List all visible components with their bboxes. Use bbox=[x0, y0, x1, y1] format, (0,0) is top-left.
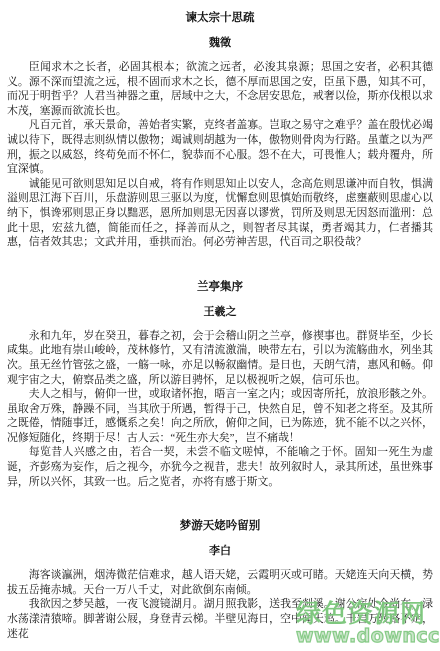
section-lanting-jixu: 兰亭集序 王羲之 永和九年，岁在癸丑，暮春之初，会于会稽山阴之兰亭，修禊事也。群… bbox=[7, 281, 433, 490]
essay-paragraph: 臣闻求木之长者，必固其根本；欲流之远者，必浚其泉源；思国之安者，必积其德义。源不… bbox=[7, 60, 433, 118]
essay-title: 谏太宗十思疏 bbox=[7, 12, 433, 25]
essay-title: 兰亭集序 bbox=[7, 281, 433, 294]
essay-title: 梦游天姥吟留别 bbox=[7, 520, 433, 533]
essay-paragraph: 夫人之相与，俯仰一世，或取诸怀抱，晤言一室之内；或因寄所托，放浪形骸之外。虽取舍… bbox=[7, 387, 433, 445]
essay-paragraph: 凡百元首，承天景命，善始者实繁，克终者盖寡。岂取之易守之难乎？盖在殷忧必竭诚以待… bbox=[7, 118, 433, 176]
section-mengyou-tianmu-yin-liubie: 梦游天姥吟留别 李白 海客谈瀛洲，烟涛微茫信难求，越人语天姥，云霞明灭或可睹。天… bbox=[7, 520, 433, 641]
essay-paragraph: 海客谈瀛洲，烟涛微茫信难求，越人语天姥，云霞明灭或可睹。天姥连天向天横，势拔五岳… bbox=[7, 568, 433, 597]
essay-author: 王羲之 bbox=[7, 306, 433, 319]
document-page: 谏太宗十思疏 魏徵 臣闻求木之长者，必固其根本；欲流之远者，必浚其泉源；思国之安… bbox=[0, 0, 440, 641]
essay-author: 魏徵 bbox=[7, 37, 433, 50]
essay-paragraph: 我欲因之梦吴越，一夜飞渡镜湖月。湖月照我影，送我至剡溪。谢公宿处今尚在，渌水荡漾… bbox=[7, 597, 433, 641]
section-jian-taizong-shisi-shu: 谏太宗十思疏 魏徵 臣闻求木之长者，必固其根本；欲流之远者，必浚其泉源；思国之安… bbox=[7, 12, 433, 250]
essay-paragraph: 每览昔人兴感之由，若合一契，未尝不临文嗟悼，不能喻之于怀。固知一死生为虚诞，齐彭… bbox=[7, 445, 433, 489]
essay-paragraph: 永和九年，岁在癸丑，暮春之初，会于会稽山阴之兰亭，修禊事也。群贤毕至，少长咸集。… bbox=[7, 329, 433, 387]
essay-paragraph: 诚能见可欲则思知足以自戒，将有作则思知止以安人，念高危则思谦冲而自牧，惧满溢则思… bbox=[7, 177, 433, 250]
essay-author: 李白 bbox=[7, 545, 433, 558]
